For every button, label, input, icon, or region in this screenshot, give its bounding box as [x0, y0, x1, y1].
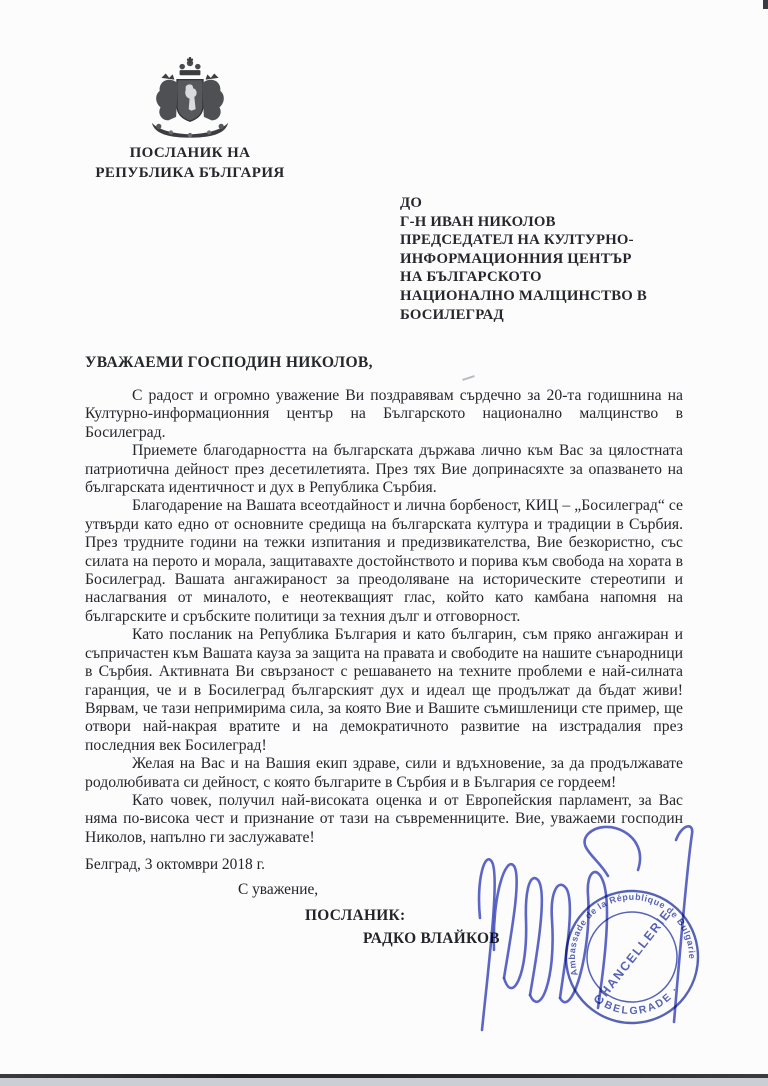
bulgaria-coat-of-arms-icon [138, 54, 242, 152]
salutation: УВАЖАЕМИ ГОСПОДИН НИКОЛОВ, [85, 354, 683, 372]
scan-edge-shadow [0, 1078, 768, 1086]
scan-corner-speck [763, 0, 768, 9]
recipient-line: НА БЪЛГАРСКОТО [400, 268, 730, 287]
recipient-line: БОСИЛЕГРАД [400, 306, 730, 325]
signer-name: РАДКО ВЛАЙКОВ [363, 930, 500, 948]
dateline: Белград, 3 октомври 2018 г. [85, 856, 265, 874]
recipient-line: ПРЕДСЕДАТЕЛ НА КУЛТУРНО- [400, 231, 730, 250]
body-paragraph: Като посланик на Република България и ка… [85, 626, 683, 755]
recipient-line: ИНФОРМАЦИОННИЯ ЦЕНТЪР [400, 250, 730, 269]
scanned-letter-page: ПОСЛАНИК НА РЕПУБЛИКА БЪЛГАРИЯ ДО Г-Н ИВ… [0, 0, 768, 1086]
recipient-line: Г-Н ИВАН НИКОЛОВ [400, 213, 730, 232]
letterhead-title-line2: РЕПУБЛИКА БЪЛГАРИЯ [70, 164, 310, 184]
embassy-stamp: Ambassade de la République de Bulgarie ·… [556, 881, 708, 1033]
body-paragraph: Приемете благодарността на българската д… [85, 442, 683, 497]
closing-phrase: С уважение, [238, 881, 318, 899]
body-paragraph: Желая на Вас и на Вашия екип здраве, сил… [85, 755, 683, 792]
letterhead-title: ПОСЛАНИК НА РЕПУБЛИКА БЪЛГАРИЯ [70, 144, 310, 183]
recipient-block: ДО Г-Н ИВАН НИКОЛОВ ПРЕДСЕДАТЕЛ НА КУЛТУ… [400, 194, 730, 324]
letterhead-title-line1: ПОСЛАНИК НА [70, 144, 310, 164]
body-paragraph: Благодарение на Вашата всеотдайност и ли… [85, 497, 683, 626]
letter-body: УВАЖАЕМИ ГОСПОДИН НИКОЛОВ, С радост и ог… [85, 354, 683, 847]
body-paragraph: С радост и огромно уважение Ви поздравяв… [85, 387, 683, 442]
signer-title: ПОСЛАНИК: [305, 907, 405, 925]
recipient-line: ДО [400, 194, 730, 213]
recipient-line: НАЦИОНАЛНО МАЛЦИНСТВО В [400, 287, 730, 306]
body-paragraph: Като човек, получил най-високата оценка … [85, 792, 683, 847]
